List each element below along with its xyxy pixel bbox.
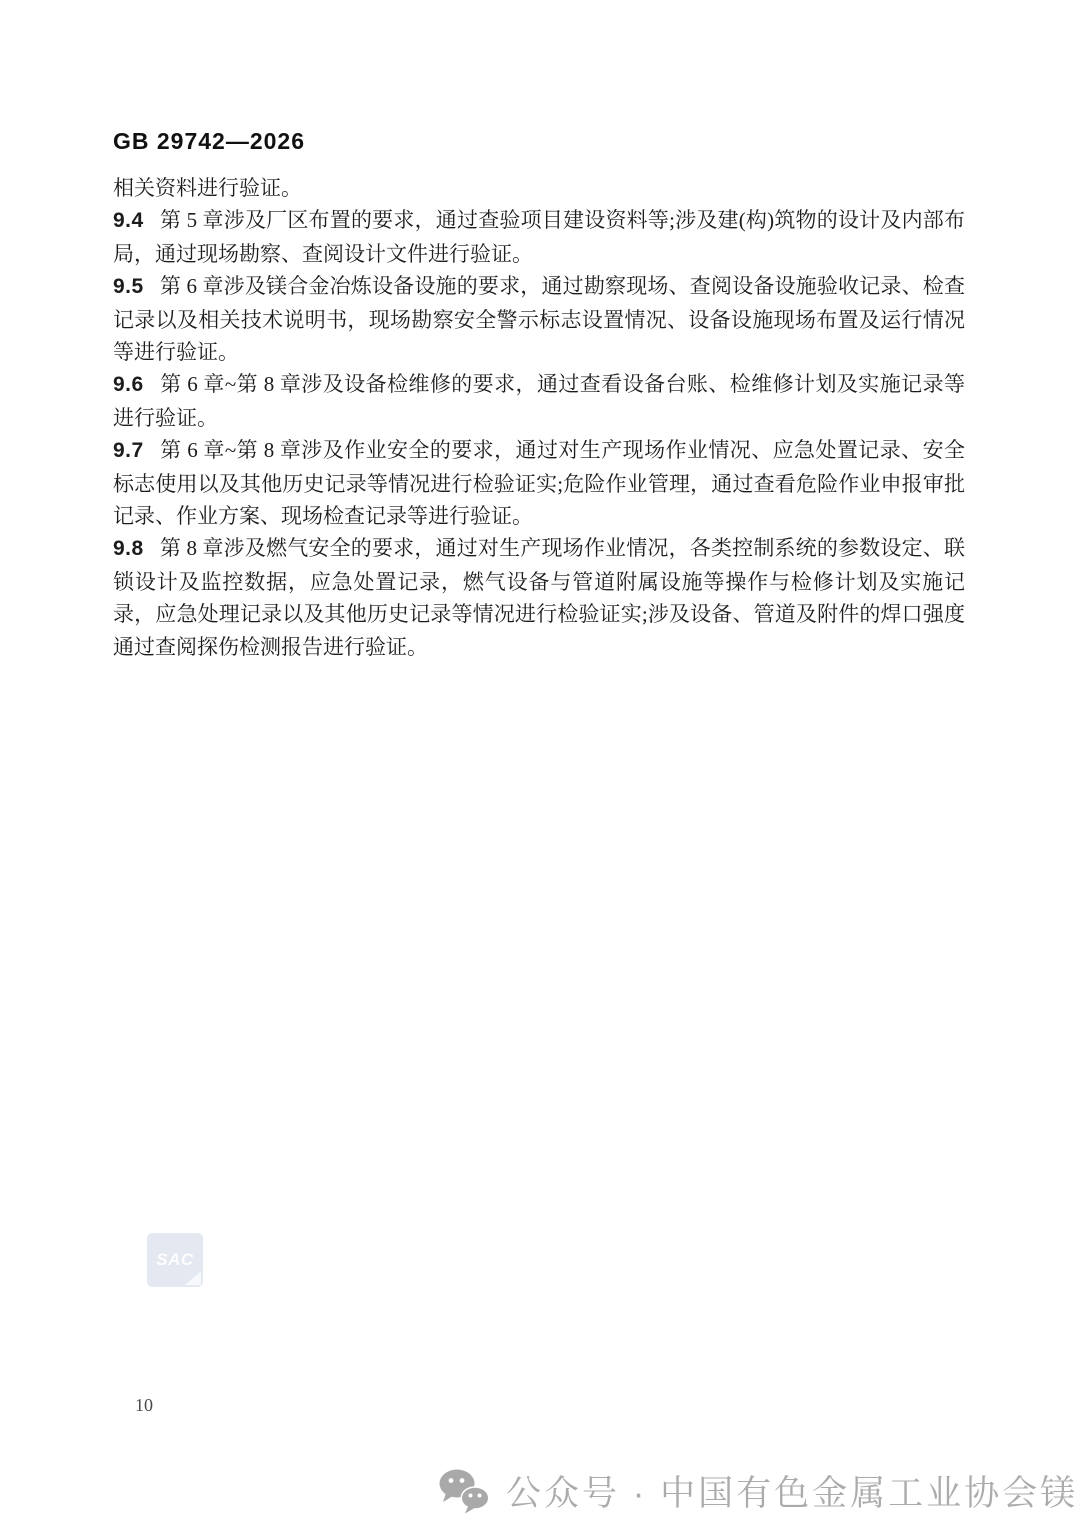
intro-continuation-line: 相关资料进行验证。 xyxy=(113,172,965,204)
clause-text: 第 6 章~第 8 章涉及作业安全的要求，通过对生产现场作业情况、应急处置记录、… xyxy=(113,438,965,528)
wechat-icon xyxy=(438,1468,490,1514)
clause-number: 9.6 xyxy=(113,373,144,396)
sac-logo-text: SAC xyxy=(156,1250,193,1270)
sac-logo-watermark: SAC xyxy=(147,1233,203,1287)
clause-number: 9.4 xyxy=(113,209,144,232)
wechat-footer-banner: 公众号 · 中国有色金属工业协会镁业分会 xyxy=(438,1466,1080,1516)
clause-9-6: 9.6第 6 章~第 8 章涉及设备检维修的要求，通过查看设备台账、检维修计划及… xyxy=(113,368,965,434)
clause-9-5: 9.5第 6 章涉及镁合金冶炼设备设施的要求，通过勘察现场、查阅设备设施验收记录… xyxy=(113,270,965,368)
clause-text: 第 6 章涉及镁合金冶炼设备设施的要求，通过勘察现场、查阅设备设施验收记录、检查… xyxy=(113,274,965,364)
clause-text: 第 8 章涉及燃气安全的要求，通过对生产现场作业情况，各类控制系统的参数设定、联… xyxy=(113,536,965,658)
clause-9-8: 9.8第 8 章涉及燃气安全的要求，通过对生产现场作业情况，各类控制系统的参数设… xyxy=(113,532,965,663)
clause-9-4: 9.4第 5 章涉及厂区布置的要求，通过查验项目建设资料等;涉及建(构)筑物的设… xyxy=(113,204,965,270)
document-page: GB 29742—2026 相关资料进行验证。 9.4第 5 章涉及厂区布置的要… xyxy=(0,0,1080,1527)
clause-number: 9.7 xyxy=(113,439,144,462)
clause-number: 9.5 xyxy=(113,275,144,298)
page-number: 10 xyxy=(135,1395,153,1416)
document-body: 相关资料进行验证。 9.4第 5 章涉及厂区布置的要求，通过查验项目建设资料等;… xyxy=(113,172,965,663)
clause-text: 第 5 章涉及厂区布置的要求，通过查验项目建设资料等;涉及建(构)筑物的设计及内… xyxy=(113,208,965,265)
clause-9-7: 9.7第 6 章~第 8 章涉及作业安全的要求，通过对生产现场作业情况、应急处置… xyxy=(113,434,965,532)
clause-number: 9.8 xyxy=(113,537,144,560)
clause-text: 第 6 章~第 8 章涉及设备检维修的要求，通过查看设备台账、检维修计划及实施记… xyxy=(113,372,965,429)
footer-account-label: 公众号 · 中国有色金属工业协会镁业分会 xyxy=(506,1466,1080,1516)
standard-number: GB 29742—2026 xyxy=(113,128,305,155)
